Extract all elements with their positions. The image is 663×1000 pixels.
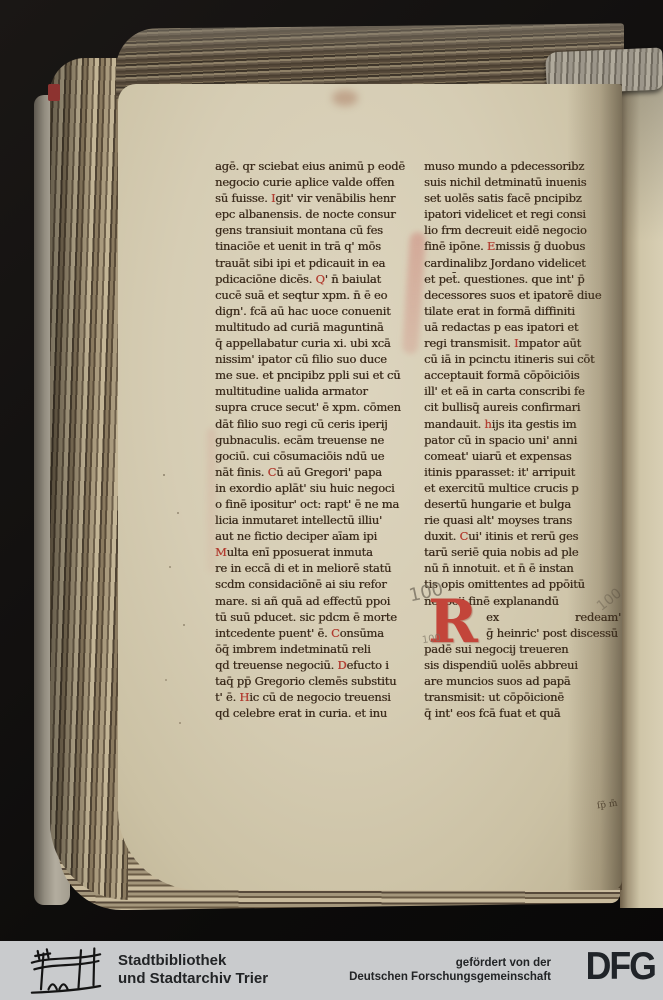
manuscript-text-line: mandauit. hijs ita gestis im [424, 416, 626, 432]
manuscript-text-line: me sue. et pncipibz ppli sui et cū [215, 367, 415, 383]
manuscript-text-line: finē ipōne. Emissis ḡ duobus [424, 238, 626, 254]
manuscript-text-line: gubnaculis. ecām treuense ne [215, 432, 415, 448]
manuscript-text-line: taq̄ pp̄ Gregorio clemēs substitu [215, 673, 415, 689]
manuscript-text-line: et exercitū multice crucis p [424, 480, 626, 496]
manuscript-text-line: gociū. cui cōsumaciōis ndū ue [215, 448, 415, 464]
manuscript-text-line: qd treuense negociū. Defucto i [215, 657, 415, 673]
digitized-manuscript-photo: agē. qr sciebat eius animū p eodēnegocio… [0, 0, 663, 1000]
manuscript-column-left: agē. qr sciebat eius animū p eodēnegocio… [215, 158, 415, 721]
manuscript-text-line: licia inmutaret intellectū illiu' [215, 512, 415, 528]
manuscript-text-line: scdm considaciōnē ai siu refor [215, 576, 415, 592]
manuscript-text-line: q̄ appellabatur curia xi. ubi xcā [215, 335, 415, 351]
manuscript-text-line: sis dispendiū uolēs abbreui [424, 657, 626, 673]
manuscript-text-line: ipatori videlicet et regi consi [424, 206, 626, 222]
page-stack-left-edge [50, 58, 128, 900]
manuscript-text-line: cucē suā et seqtur xpm. n̄ ē eo [215, 287, 415, 303]
manuscript-text-line: epc albanensis. de nocte consur [215, 206, 415, 222]
manuscript-text-line: et pet̄. questiones. que int' p̄ [424, 271, 626, 287]
manuscript-text-line: dign'. fcā aū hac uoce conuenit [215, 303, 415, 319]
manuscript-text-line: trauāt sibi ipi et pdicauit in ea [215, 255, 415, 271]
manuscript-text-line: tinaciōe et uenit in trā q' mōs [215, 238, 415, 254]
manuscript-text-line: are muncios suos ad papā [424, 673, 626, 689]
manuscript-text-line: aut ne fictio deciper aīam ipi [215, 528, 415, 544]
manuscript-text-line: uā redactas p eas ipatori et [424, 319, 626, 335]
facing-page-edge [620, 72, 663, 908]
manuscript-page: agē. qr sciebat eius animū p eodēnegocio… [118, 84, 622, 890]
manuscript-text-line: multitudine ualida armator [215, 383, 415, 399]
manuscript-text-line: cit bullisq̄ aureis confirmari [424, 399, 626, 415]
pencil-foliation-100-edge: 100 [594, 585, 625, 614]
porta-nigra-logo-icon [22, 946, 110, 996]
manuscript-text-line: nāt finis. Cū aū Gregori' papa [215, 464, 415, 480]
manuscript-text-line: ōq̄ imbrem indetminatū reli [215, 641, 415, 657]
manuscript-text-line: t' ē. Hic cū de negocio treuensi [215, 689, 415, 705]
manuscript-text-line: nū n̄ innotuit. et n̄ ē instan [424, 560, 626, 576]
manuscript-text-line: cardinalibz Jordano videlicet [424, 255, 626, 271]
manuscript-text-line: intcedente puent' ē. Consūma [215, 625, 415, 641]
manuscript-text-line: mare. si añ quā ad effectū ppoi [215, 593, 415, 609]
parchment-specks [163, 474, 165, 476]
manuscript-text-line: desertū hungarie et bulga [424, 496, 626, 512]
manuscript-text-line: Multa enī pposuerat inmuta [215, 544, 415, 560]
manuscript-text-line: set uolēs satis facē pncipibz [424, 190, 626, 206]
footer-banner: Stadtbibliothek und Stadtarchiv Trier ge… [0, 941, 663, 1000]
manuscript-text-line: sū fuisse. Igit' vir venābilis henr [215, 190, 415, 206]
manuscript-text-line: nissim' ipator cū filio suo duce [215, 351, 415, 367]
manuscript-text-line: rie quasi alt' moyses trans [424, 512, 626, 528]
manuscript-text-line: duxit. Cui' itinis et rerū ges [424, 528, 626, 544]
manuscript-text-line: cū iā in pcinctu itineris sui cōt [424, 351, 626, 367]
manuscript-text-line: multitudo ad curiā maguntinā [215, 319, 415, 335]
library-name-line1: Stadtbibliothek [118, 952, 268, 970]
manuscript-text-line: tū suū pducet. sic pdcm ē morte [215, 609, 415, 625]
manuscript-text-line: comeat' uiarū et expensas [424, 448, 626, 464]
dfg-logo: DFG [586, 945, 655, 989]
manuscript-text-line: agē. qr sciebat eius animū p eodē [215, 158, 415, 174]
library-name: Stadtbibliothek und Stadtarchiv Trier [118, 952, 268, 988]
manuscript-text-line: lio frm decreuit eidē negocio [424, 222, 626, 238]
manuscript-text-line: gens transiuit montana cū fes [215, 222, 415, 238]
manuscript-text-line: qd celebre erat in curia. et inu [215, 705, 415, 721]
funding-credit-line1: gefördert von der [349, 956, 551, 970]
manuscript-text-line: decessores suos et ipatorē diue [424, 287, 626, 303]
manuscript-text-line: supra cruce secut' ē xpm. cōmen [215, 399, 415, 415]
manuscript-text-line: negocio curie aplice valde offen [215, 174, 415, 190]
manuscript-text-line: pator cū in spacio uni' anni [424, 432, 626, 448]
funding-credit-line2: Deutschen Forschungsgemeinschaft [349, 970, 551, 984]
manuscript-text-line: dāt filio suo regi cū ceris iperij [215, 416, 415, 432]
manuscript-text-line: in exordio aplāt' siu huic negoci [215, 480, 415, 496]
manuscript-text-line: re in eccā di et in meliorē statū [215, 560, 415, 576]
red-bookmark-tab [48, 84, 60, 101]
manuscript-text-line: regi transmisit. Impator aūt [424, 335, 626, 351]
manuscript-text-line: ill' et eā in carta conscribi fe [424, 383, 626, 399]
manuscript-text-line: tilate erat in formā diffiniti [424, 303, 626, 319]
manuscript-text-line: transmisit: ut cōpōicionē [424, 689, 626, 705]
library-name-line2: und Stadtarchiv Trier [118, 970, 268, 988]
manuscript-text-line: tarū seriē quia nobis ad ple [424, 544, 626, 560]
manuscript-text-line: q̄ int' eos fcā fuat et quā [424, 705, 626, 721]
manuscript-text-line: pdicaciōne dicēs. Q' n̄ baiulat [215, 271, 415, 287]
ink-quire-mark: ſp̃ m̃ [596, 799, 618, 812]
manuscript-text-line: muso mundo a pdecessoribz [424, 158, 626, 174]
parchment-stain [332, 90, 358, 106]
funding-credit: gefördert von der Deutschen Forschungsge… [349, 956, 551, 984]
manuscript-text-line: acceptauit formā cōpōiciōis [424, 367, 626, 383]
manuscript-text-line: itinis pparasset: it' arripuit [424, 464, 626, 480]
manuscript-text-line: o finē ipositur' oct: rapt' ē ne ma [215, 496, 415, 512]
manuscript-text-line: suis nichil detminatū inuenis [424, 174, 626, 190]
